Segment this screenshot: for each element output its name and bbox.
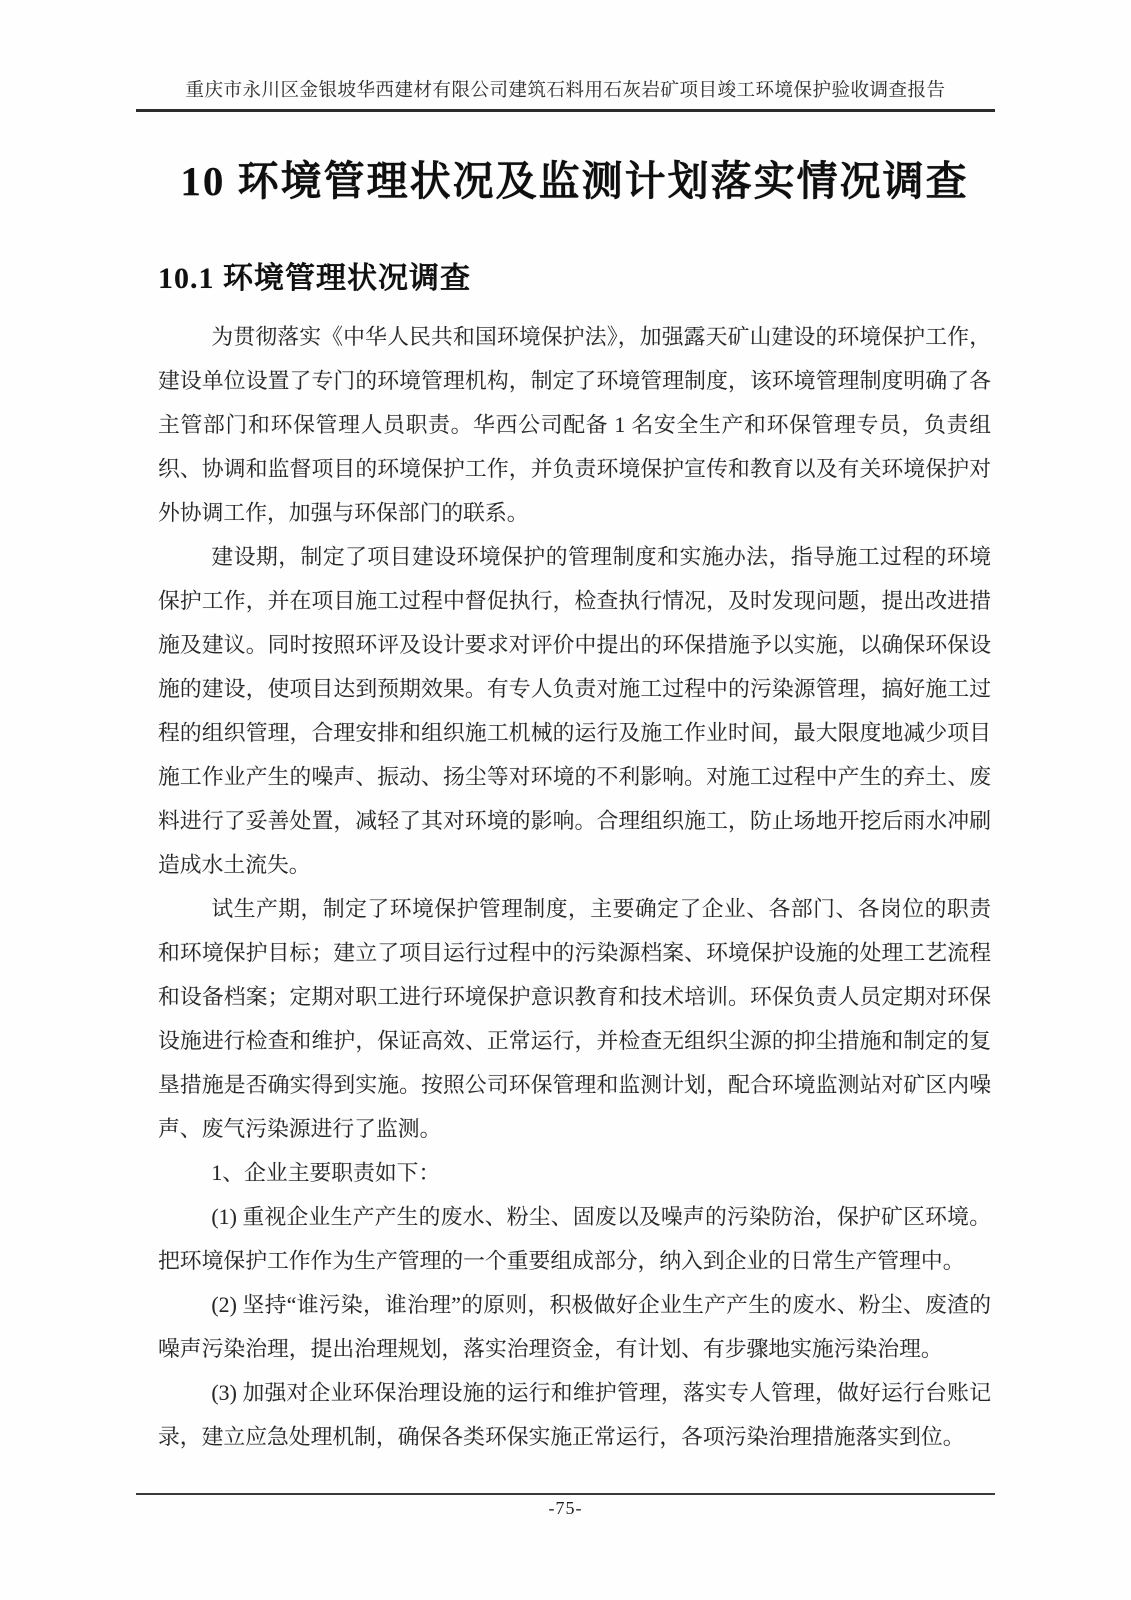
section-title: 10.1 环境管理状况调查	[158, 261, 991, 297]
page-number: -75-	[136, 1498, 995, 1519]
paragraph-construction-period: 建设期，制定了项目建设环境保护的管理制度和实施办法，指导施工过程的环境保护工作，…	[158, 535, 991, 887]
list-item-1: (1) 重视企业生产产生的废水、粉尘、固废以及噪声的污染防治，保护矿区环境。把环…	[158, 1195, 991, 1283]
chapter-title: 10 环境管理状况及监测计划落实情况调查	[158, 158, 991, 205]
page-footer: -75-	[136, 1493, 995, 1519]
paragraph-trial-production-period: 试生产期，制定了环境保护管理制度，主要确定了企业、各部门、各岗位的职责和环境保护…	[158, 887, 991, 1151]
document-page: 重庆市永川区金银坡华西建材有限公司建筑石料用石灰岩矿项目竣工环境保护验收调查报告…	[0, 0, 1131, 1600]
paragraph-environment-law: 为贯彻落实《中华人民共和国环境保护法》，加强露天矿山建设的环境保护工作，建设单位…	[158, 315, 991, 535]
list-item-2: (2) 坚持“谁污染，谁治理”的原则，积极做好企业生产产生的废水、粉尘、废渣的噪…	[158, 1283, 991, 1371]
list-heading-enterprise-duties: 1、企业主要职责如下：	[158, 1151, 991, 1195]
list-item-3: (3) 加强对企业环保治理设施的运行和维护管理，落实专人管理，做好运行台账记录，…	[158, 1371, 991, 1459]
section-body: 为贯彻落实《中华人民共和国环境保护法》，加强露天矿山建设的环境保护工作，建设单位…	[158, 315, 991, 1459]
page-content: 10 环境管理状况及监测计划落实情况调查 10.1 环境管理状况调查 为贯彻落实…	[158, 0, 991, 1459]
